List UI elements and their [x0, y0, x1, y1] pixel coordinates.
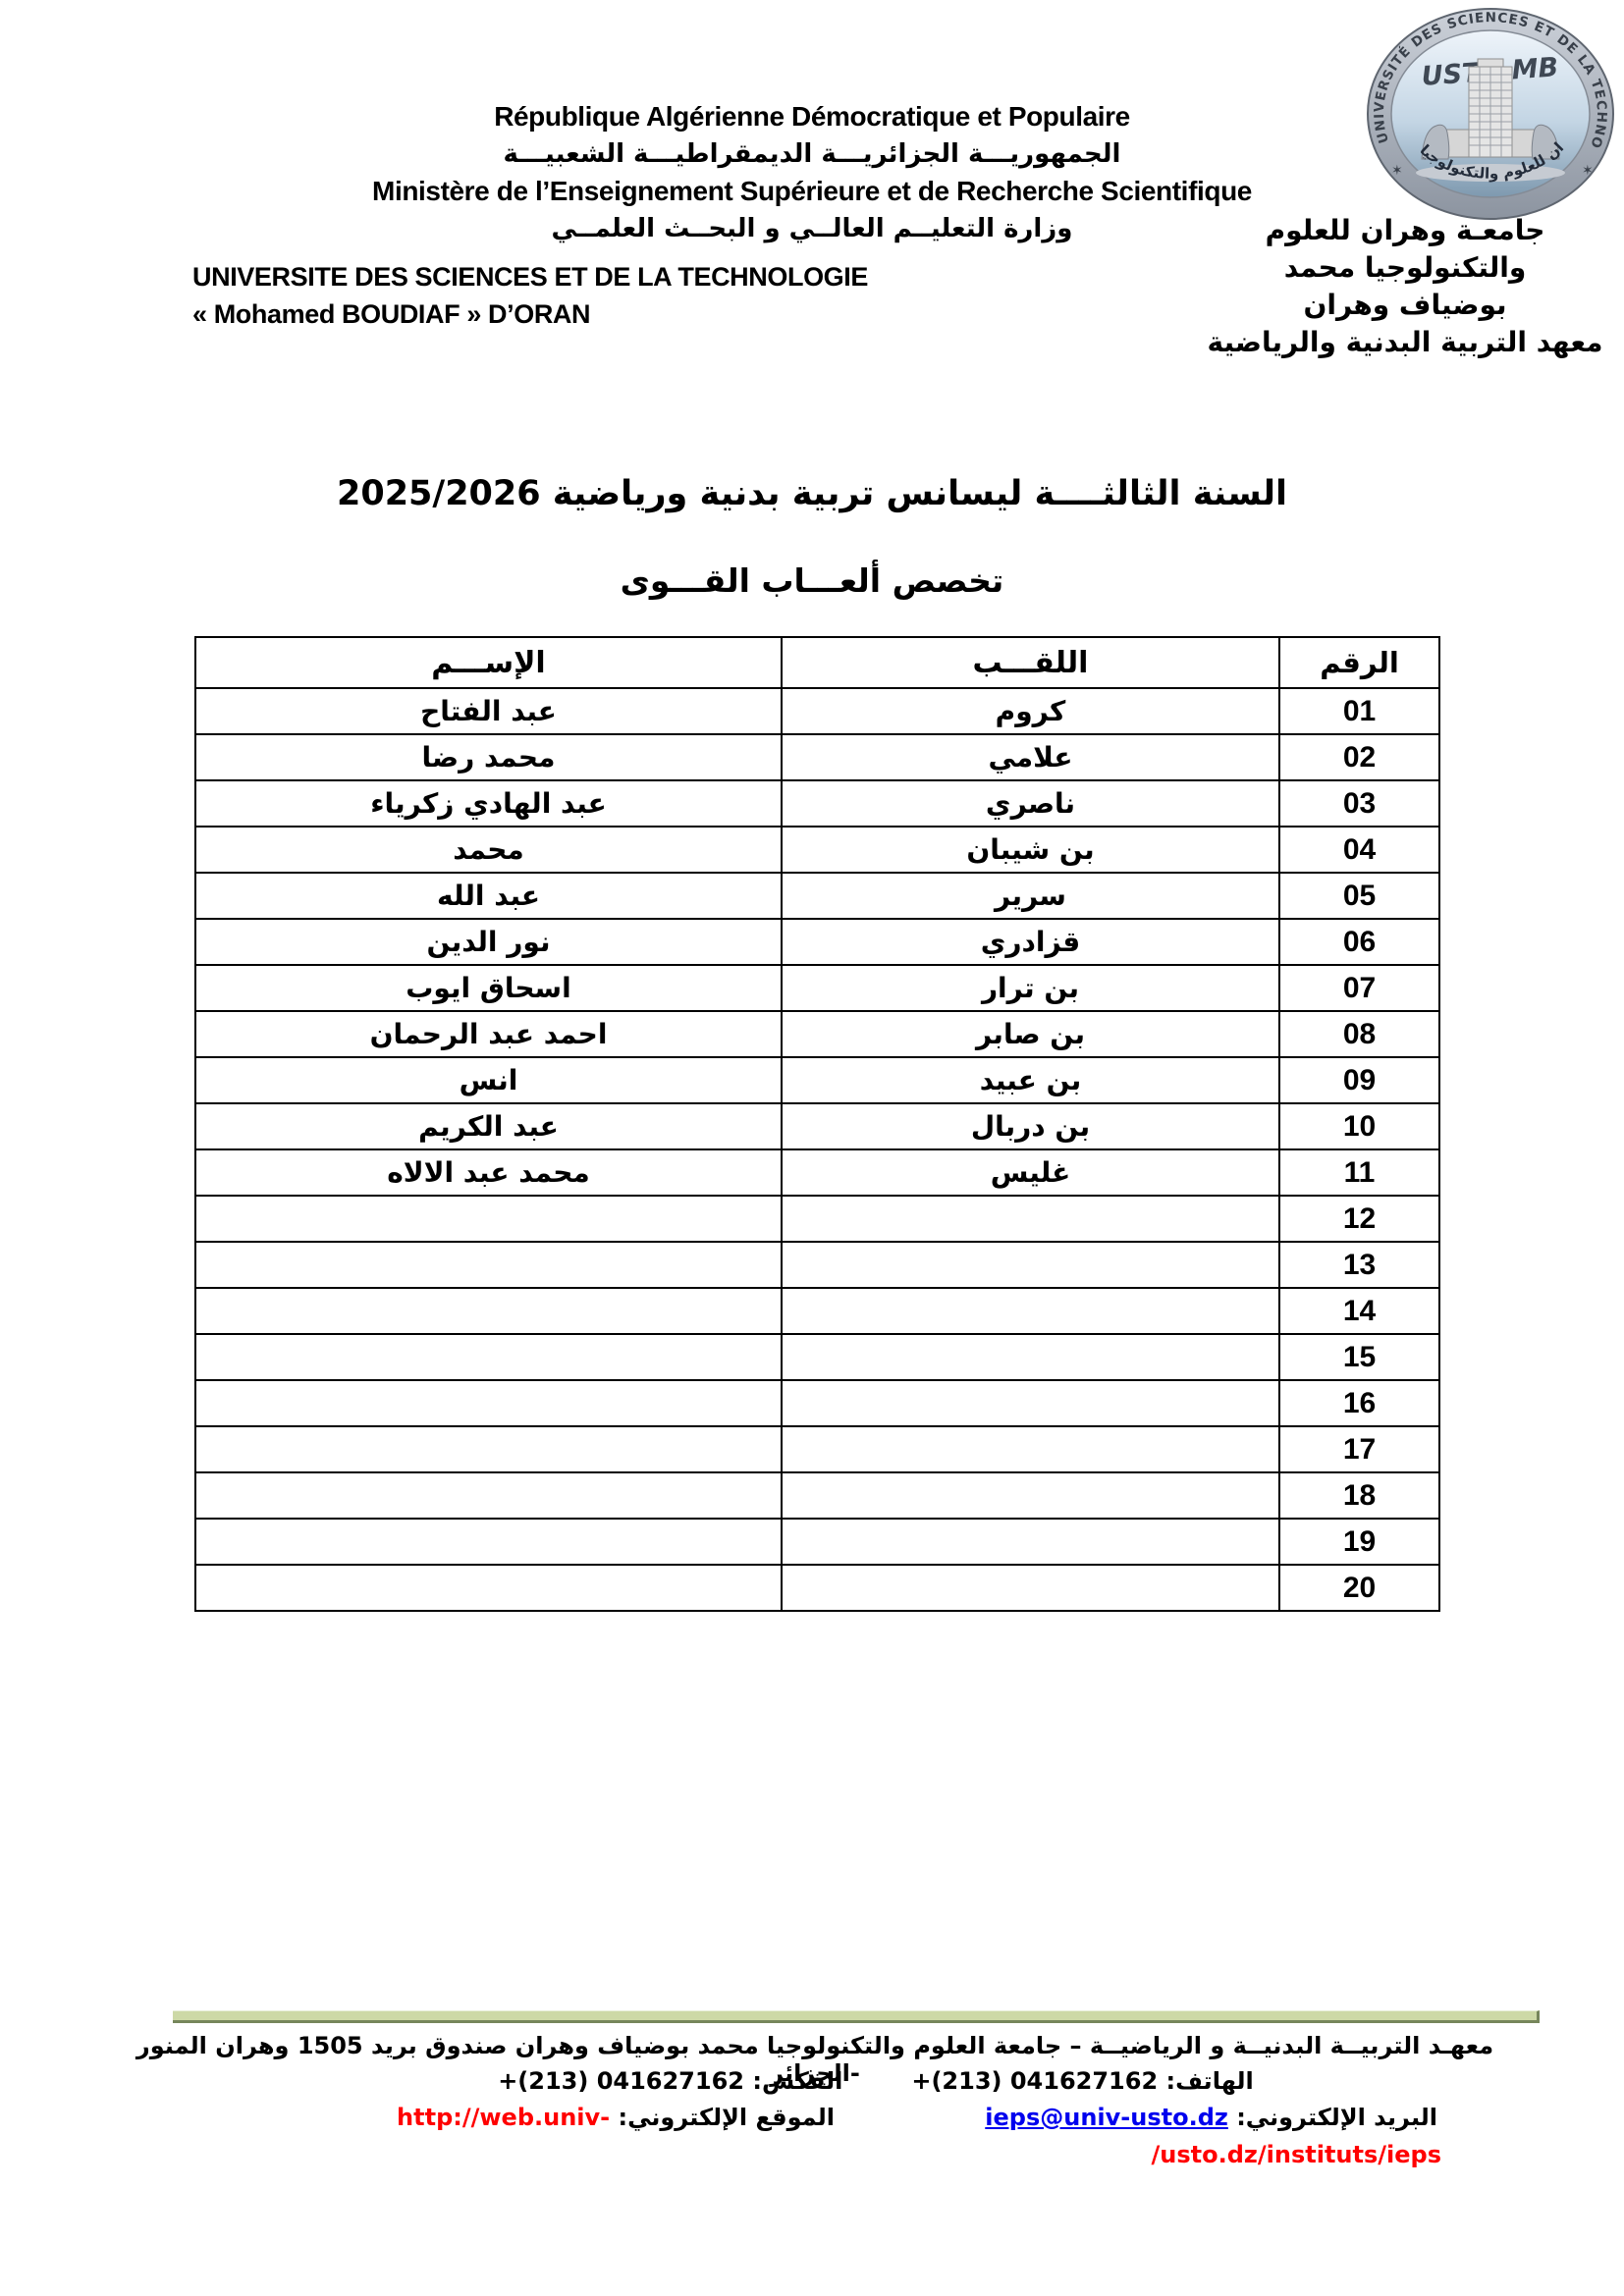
- table-row: 17: [195, 1426, 1439, 1472]
- cell-surname: بن شيبان: [782, 827, 1279, 873]
- cell-firstname: عبد الكريم: [195, 1103, 782, 1149]
- cell-number: 06: [1279, 919, 1439, 965]
- footer-divider-bar: [173, 2010, 1540, 2023]
- footer-email: البريد الإلكتروني: ieps@univ-usto.dz: [985, 2104, 1437, 2131]
- roster-table-body: 01 كروم عبد الفتاح 02 علامي محمد رضا 03 …: [195, 688, 1439, 1611]
- cell-surname: [782, 1380, 1279, 1426]
- cell-firstname: [195, 1380, 782, 1426]
- email-link[interactable]: ieps@univ-usto.dz: [985, 2104, 1228, 2131]
- cell-firstname: انس: [195, 1057, 782, 1103]
- cell-surname: سرير: [782, 873, 1279, 919]
- cell-surname: [782, 1334, 1279, 1380]
- cell-number: 20: [1279, 1565, 1439, 1611]
- cell-number: 18: [1279, 1472, 1439, 1519]
- table-row: 16: [195, 1380, 1439, 1426]
- cell-number: 15: [1279, 1334, 1439, 1380]
- university-name-fr-line2: « Mohamed BOUDIAF » D’ORAN: [192, 295, 868, 333]
- cell-surname: قزادري: [782, 919, 1279, 965]
- cell-surname: بن عبيد: [782, 1057, 1279, 1103]
- cell-surname: ناصري: [782, 780, 1279, 827]
- table-row: 11 غليس محمد عبد الالاه: [195, 1149, 1439, 1196]
- website-url-part2: /usto.dz/instituts/ieps: [1152, 2141, 1441, 2168]
- cell-surname: [782, 1288, 1279, 1334]
- table-row: 08 بن صابر احمد عبد الرحمان: [195, 1011, 1439, 1057]
- table-row: 09 بن عبيد انس: [195, 1057, 1439, 1103]
- fax-label: الفكس:: [752, 2067, 842, 2095]
- cell-number: 14: [1279, 1288, 1439, 1334]
- cell-firstname: اسحاق ايوب: [195, 965, 782, 1011]
- cell-surname: بن صابر: [782, 1011, 1279, 1057]
- column-header-number: الرقم: [1279, 637, 1439, 688]
- cell-firstname: [195, 1565, 782, 1611]
- cell-firstname: احمد عبد الرحمان: [195, 1011, 782, 1057]
- table-row: 20: [195, 1565, 1439, 1611]
- cell-firstname: محمد رضا: [195, 734, 782, 780]
- column-header-firstname: الإســـم: [195, 637, 782, 688]
- cell-number: 13: [1279, 1242, 1439, 1288]
- email-label: البريد الإلكتروني:: [1236, 2104, 1437, 2131]
- table-row: 02 علامي محمد رضا: [195, 734, 1439, 780]
- cell-firstname: [195, 1196, 782, 1242]
- roster-table-head: الرقم اللقـــب الإســـم: [195, 637, 1439, 688]
- cell-firstname: محمد: [195, 827, 782, 873]
- table-row: 14: [195, 1288, 1439, 1334]
- cell-surname: كروم: [782, 688, 1279, 734]
- cell-firstname: محمد عبد الالاه: [195, 1149, 782, 1196]
- phone-label: الهاتف:: [1166, 2067, 1254, 2095]
- header-row: الرقم اللقـــب الإســـم: [195, 637, 1439, 688]
- cell-firstname: عبد الله: [195, 873, 782, 919]
- university-name-ar: جامعـة وهران للعلوم والتكنولوجيا محمد بو…: [1196, 212, 1614, 361]
- cell-surname: بن ترار: [782, 965, 1279, 1011]
- cell-number: 16: [1279, 1380, 1439, 1426]
- table-row: 18: [195, 1472, 1439, 1519]
- cell-firstname: عبد الفتاح: [195, 688, 782, 734]
- table-row: 01 كروم عبد الفتاح: [195, 688, 1439, 734]
- university-name-fr-line1: UNIVERSITE DES SCIENCES ET DE LA TECHNOL…: [192, 258, 868, 295]
- table-row: 06 قزادري نور الدين: [195, 919, 1439, 965]
- cell-number: 03: [1279, 780, 1439, 827]
- cell-number: 11: [1279, 1149, 1439, 1196]
- table-row: 10 بن دربال عبد الكريم: [195, 1103, 1439, 1149]
- seal-star-left-icon: ✶: [1391, 163, 1403, 179]
- cell-firstname: [195, 1288, 782, 1334]
- document-subtitle: تخصص ألعـــاب القـــوى: [0, 561, 1624, 600]
- table-row: 12: [195, 1196, 1439, 1242]
- phone-number: +(213) 041627162: [911, 2067, 1158, 2095]
- institute-name-ar: معهد التربية البدنية والرياضية: [1196, 324, 1614, 361]
- cell-firstname: نور الدين: [195, 919, 782, 965]
- cell-surname: [782, 1472, 1279, 1519]
- website-label: الموقع الإلكتروني:: [619, 2104, 835, 2131]
- cell-number: 08: [1279, 1011, 1439, 1057]
- table-row: 04 بن شيبان محمد: [195, 827, 1439, 873]
- cell-surname: [782, 1196, 1279, 1242]
- cell-number: 05: [1279, 873, 1439, 919]
- table-row: 15: [195, 1334, 1439, 1380]
- column-header-surname: اللقـــب: [782, 637, 1279, 688]
- cell-firstname: [195, 1334, 782, 1380]
- cell-surname: علامي: [782, 734, 1279, 780]
- cell-number: 04: [1279, 827, 1439, 873]
- seal-star-right-icon: ✶: [1582, 163, 1594, 179]
- cell-firstname: [195, 1242, 782, 1288]
- cell-firstname: عبد الهادي زكرياء: [195, 780, 782, 827]
- footer-fax: الفكس: +(213) 041627162: [498, 2067, 842, 2095]
- cell-number: 17: [1279, 1426, 1439, 1472]
- university-name-fr: UNIVERSITE DES SCIENCES ET DE LA TECHNOL…: [192, 258, 868, 333]
- cell-surname: بن دربال: [782, 1103, 1279, 1149]
- document-page: République Algérienne Démocratique et Po…: [0, 0, 1624, 2296]
- cell-surname: غليس: [782, 1149, 1279, 1196]
- cell-number: 12: [1279, 1196, 1439, 1242]
- cell-number: 10: [1279, 1103, 1439, 1149]
- usto-seal-logo: UNIVERSITÉ DES SCIENCES ET DE LA TECHNOL…: [1365, 6, 1616, 224]
- website-url-part1: http://web.univ-: [397, 2104, 610, 2131]
- cell-number: 07: [1279, 965, 1439, 1011]
- document-title: السنة الثالثــــة ليسانس تربية بدنية وري…: [0, 474, 1624, 513]
- cell-number: 01: [1279, 688, 1439, 734]
- footer-phone-fax-line: الهاتف: +(213) 041627162الفكس: +(213) 04…: [128, 2067, 1624, 2095]
- cell-surname: [782, 1242, 1279, 1288]
- cell-number: 09: [1279, 1057, 1439, 1103]
- table-row: 05 سرير عبد الله: [195, 873, 1439, 919]
- table-row: 07 بن ترار اسحاق ايوب: [195, 965, 1439, 1011]
- table-row: 19: [195, 1519, 1439, 1565]
- university-name-ar-line2: بوضياف وهران: [1196, 287, 1614, 324]
- footer-phone: الهاتف: +(213) 041627162: [911, 2067, 1253, 2095]
- fax-number: +(213) 041627162: [498, 2067, 744, 2095]
- footer-website: الموقع الإلكتروني: http://web.univ-: [385, 2104, 846, 2131]
- cell-surname: [782, 1519, 1279, 1565]
- table-row: 13: [195, 1242, 1439, 1288]
- cell-firstname: [195, 1472, 782, 1519]
- cell-surname: [782, 1565, 1279, 1611]
- table-row: 03 ناصري عبد الهادي زكرياء: [195, 780, 1439, 827]
- cell-number: 02: [1279, 734, 1439, 780]
- roster-table: الرقم اللقـــب الإســـم 01 كروم عبد الفت…: [194, 636, 1440, 1612]
- cell-firstname: [195, 1519, 782, 1565]
- cell-number: 19: [1279, 1519, 1439, 1565]
- cell-surname: [782, 1426, 1279, 1472]
- cell-firstname: [195, 1426, 782, 1472]
